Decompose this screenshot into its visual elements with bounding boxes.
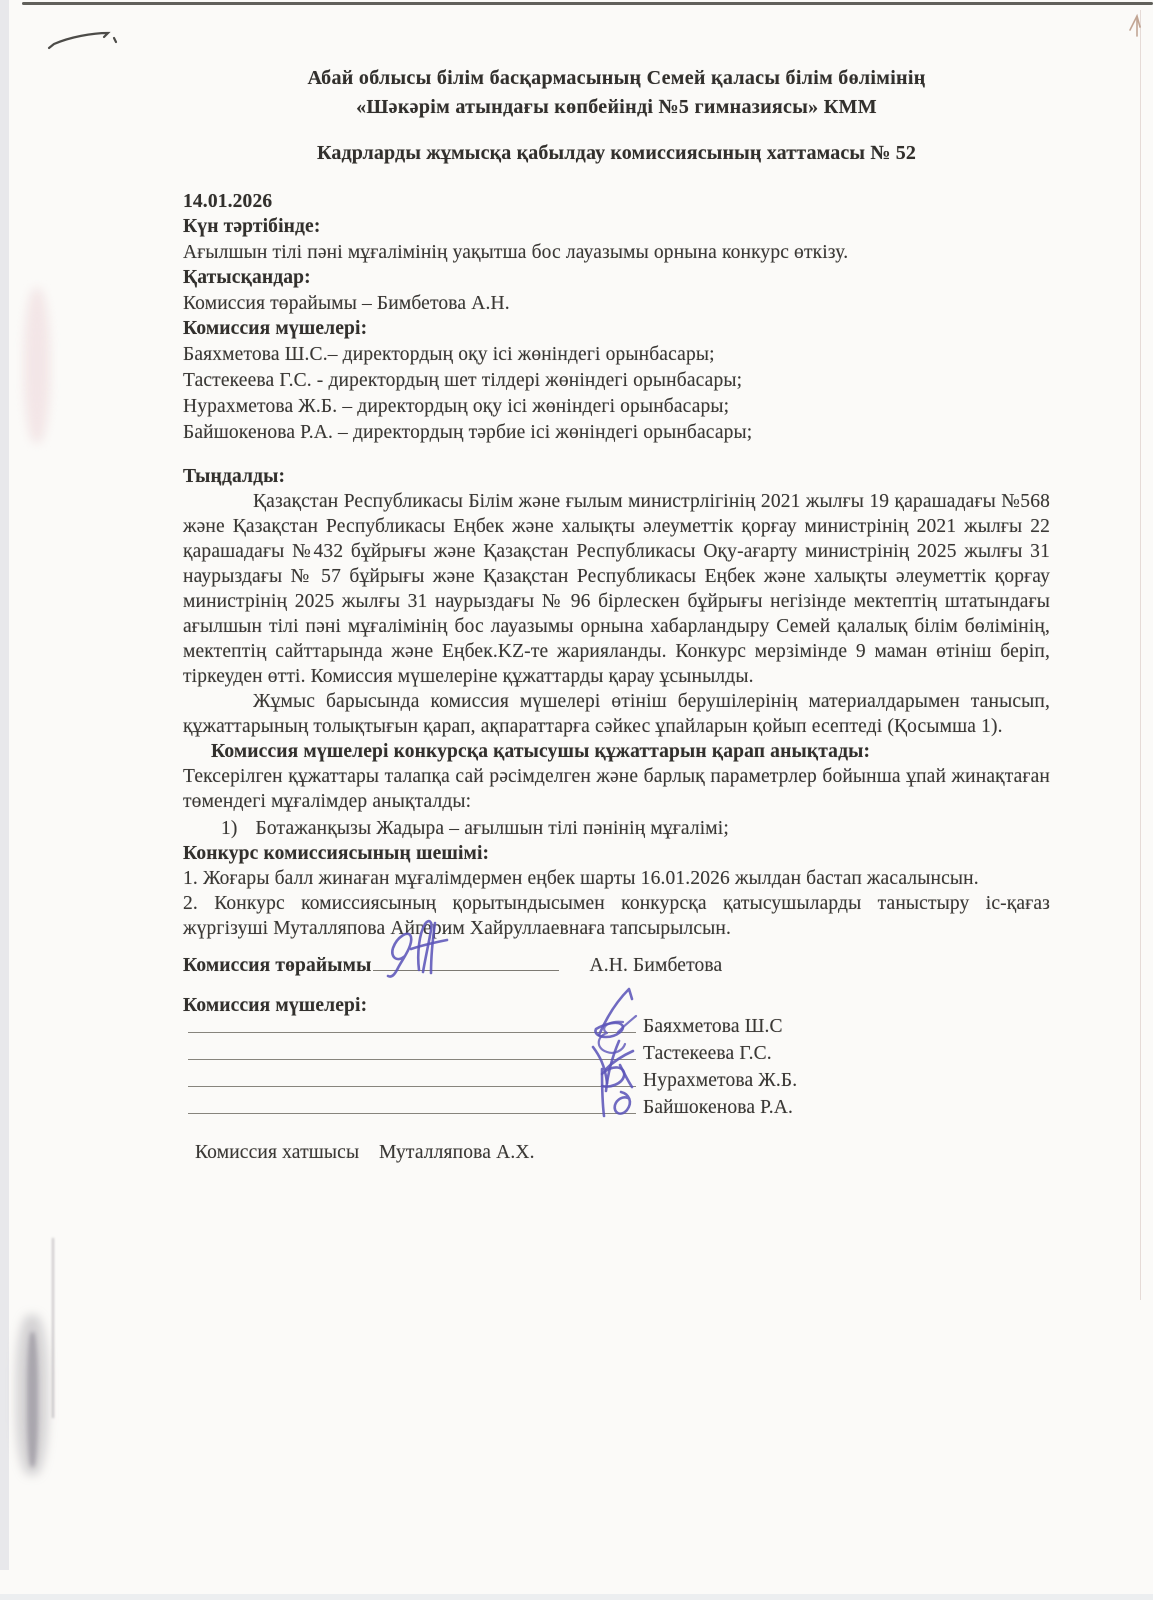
secretary-name: Муталляпова А.Х. (379, 1140, 535, 1165)
secretary-row: Комиссия хатшысы Муталляпова А.Х. (183, 1140, 1062, 1165)
chair-signature-label: Комиссия төрайымы (183, 955, 371, 976)
decision-item-2: 2. Конкурс комиссиясының қорытындысымен … (183, 891, 1050, 941)
chair-signature-ink (383, 918, 455, 984)
member-item: Нурахметова Ж.Б. – директордың оқу ісі ж… (183, 394, 1050, 419)
heard-heading: Тыңдалды: (183, 464, 1050, 489)
signature-line (188, 1113, 636, 1114)
scan-edge-bottom (0, 1594, 1153, 1600)
member-signature-name: Байшокенова Р.А. (643, 1097, 793, 1119)
member-item: Байшокенова Р.А. – директордың тәрбие іс… (183, 420, 1050, 445)
winner-list-item: 1)Ботажанқызы Жадыра – ағылшын тілі пәні… (183, 816, 1088, 841)
decision-heading: Конкурс комиссиясының шешімі: (183, 841, 1050, 866)
protocol-title: Кадрларды жұмысқа қабылдау комиссиясының… (183, 141, 1050, 166)
pencil-smudge-core (27, 1332, 38, 1467)
scanned-protocol-document: Абай облысы білім басқармасының Семей қа… (0, 0, 1153, 1600)
review-text: Тексерілген құжаттары талапқа сай рәсімд… (183, 764, 1050, 814)
pen-scribble-mark (46, 24, 124, 52)
scan-edge-left (0, 0, 9, 1570)
agenda-heading: Күн тәртібінде: (183, 214, 1050, 239)
decision-item-1: 1. Жоғары балл жинаған мұғалімдермен еңб… (183, 866, 1050, 891)
chair-signature-row: Комиссия төрайымыА.Н. Бимбетова (183, 950, 1050, 986)
member-signature-ink (587, 1062, 639, 1124)
org-name-line2: «Шәкәрім атындағы көпбейінді №5 гимназия… (183, 93, 1050, 122)
heard-paragraph-2: Жұмыс барысында комиссия мүшелері өтініш… (183, 689, 1050, 739)
winner-number: 1) (221, 818, 238, 839)
review-heading: Комиссия мүшелері конкурсқа қатысушы құж… (183, 739, 1050, 764)
heard-paragraph-1: Қазақстан Республикасы Білім және ғылым … (183, 489, 1050, 689)
participants-chair: Комиссия төрайымы – Бимбетова А.Н. (183, 291, 1050, 316)
participants-heading: Қатысқандар: (183, 265, 1050, 290)
scan-edge-top-line (22, 2, 1153, 5)
secretary-label: Комиссия хатшысы (195, 1142, 359, 1163)
member-signature-row: Байшокенова Р.А. (183, 1087, 1050, 1114)
pink-smudge (24, 288, 50, 443)
agenda-text: Ағылшын тілі пәні мұғалімінің уақытша бо… (183, 240, 1050, 265)
member-item: Тастекеева Г.С. - директордың шет тілдер… (183, 368, 1050, 393)
caret-mark (1126, 12, 1148, 38)
members-heading: Комиссия мүшелері: (183, 316, 1050, 341)
document-header: Абай облысы білім басқармасының Семей қа… (183, 64, 1050, 122)
org-name-line1: Абай облысы білім басқармасының Семей қа… (183, 64, 1050, 93)
scan-line-artifact (52, 1238, 54, 1418)
chair-signature-name: А.Н. Бимбетова (589, 955, 722, 976)
document-date: 14.01.2026 (183, 189, 1050, 214)
winner-text: Ботажанқызы Жадыра – ағылшын тілі пәніні… (256, 818, 729, 839)
member-item: Баяхметова Ш.С.– директордың оқу ісі жөн… (183, 342, 1050, 367)
scan-edge-right-line (1140, 10, 1141, 1300)
